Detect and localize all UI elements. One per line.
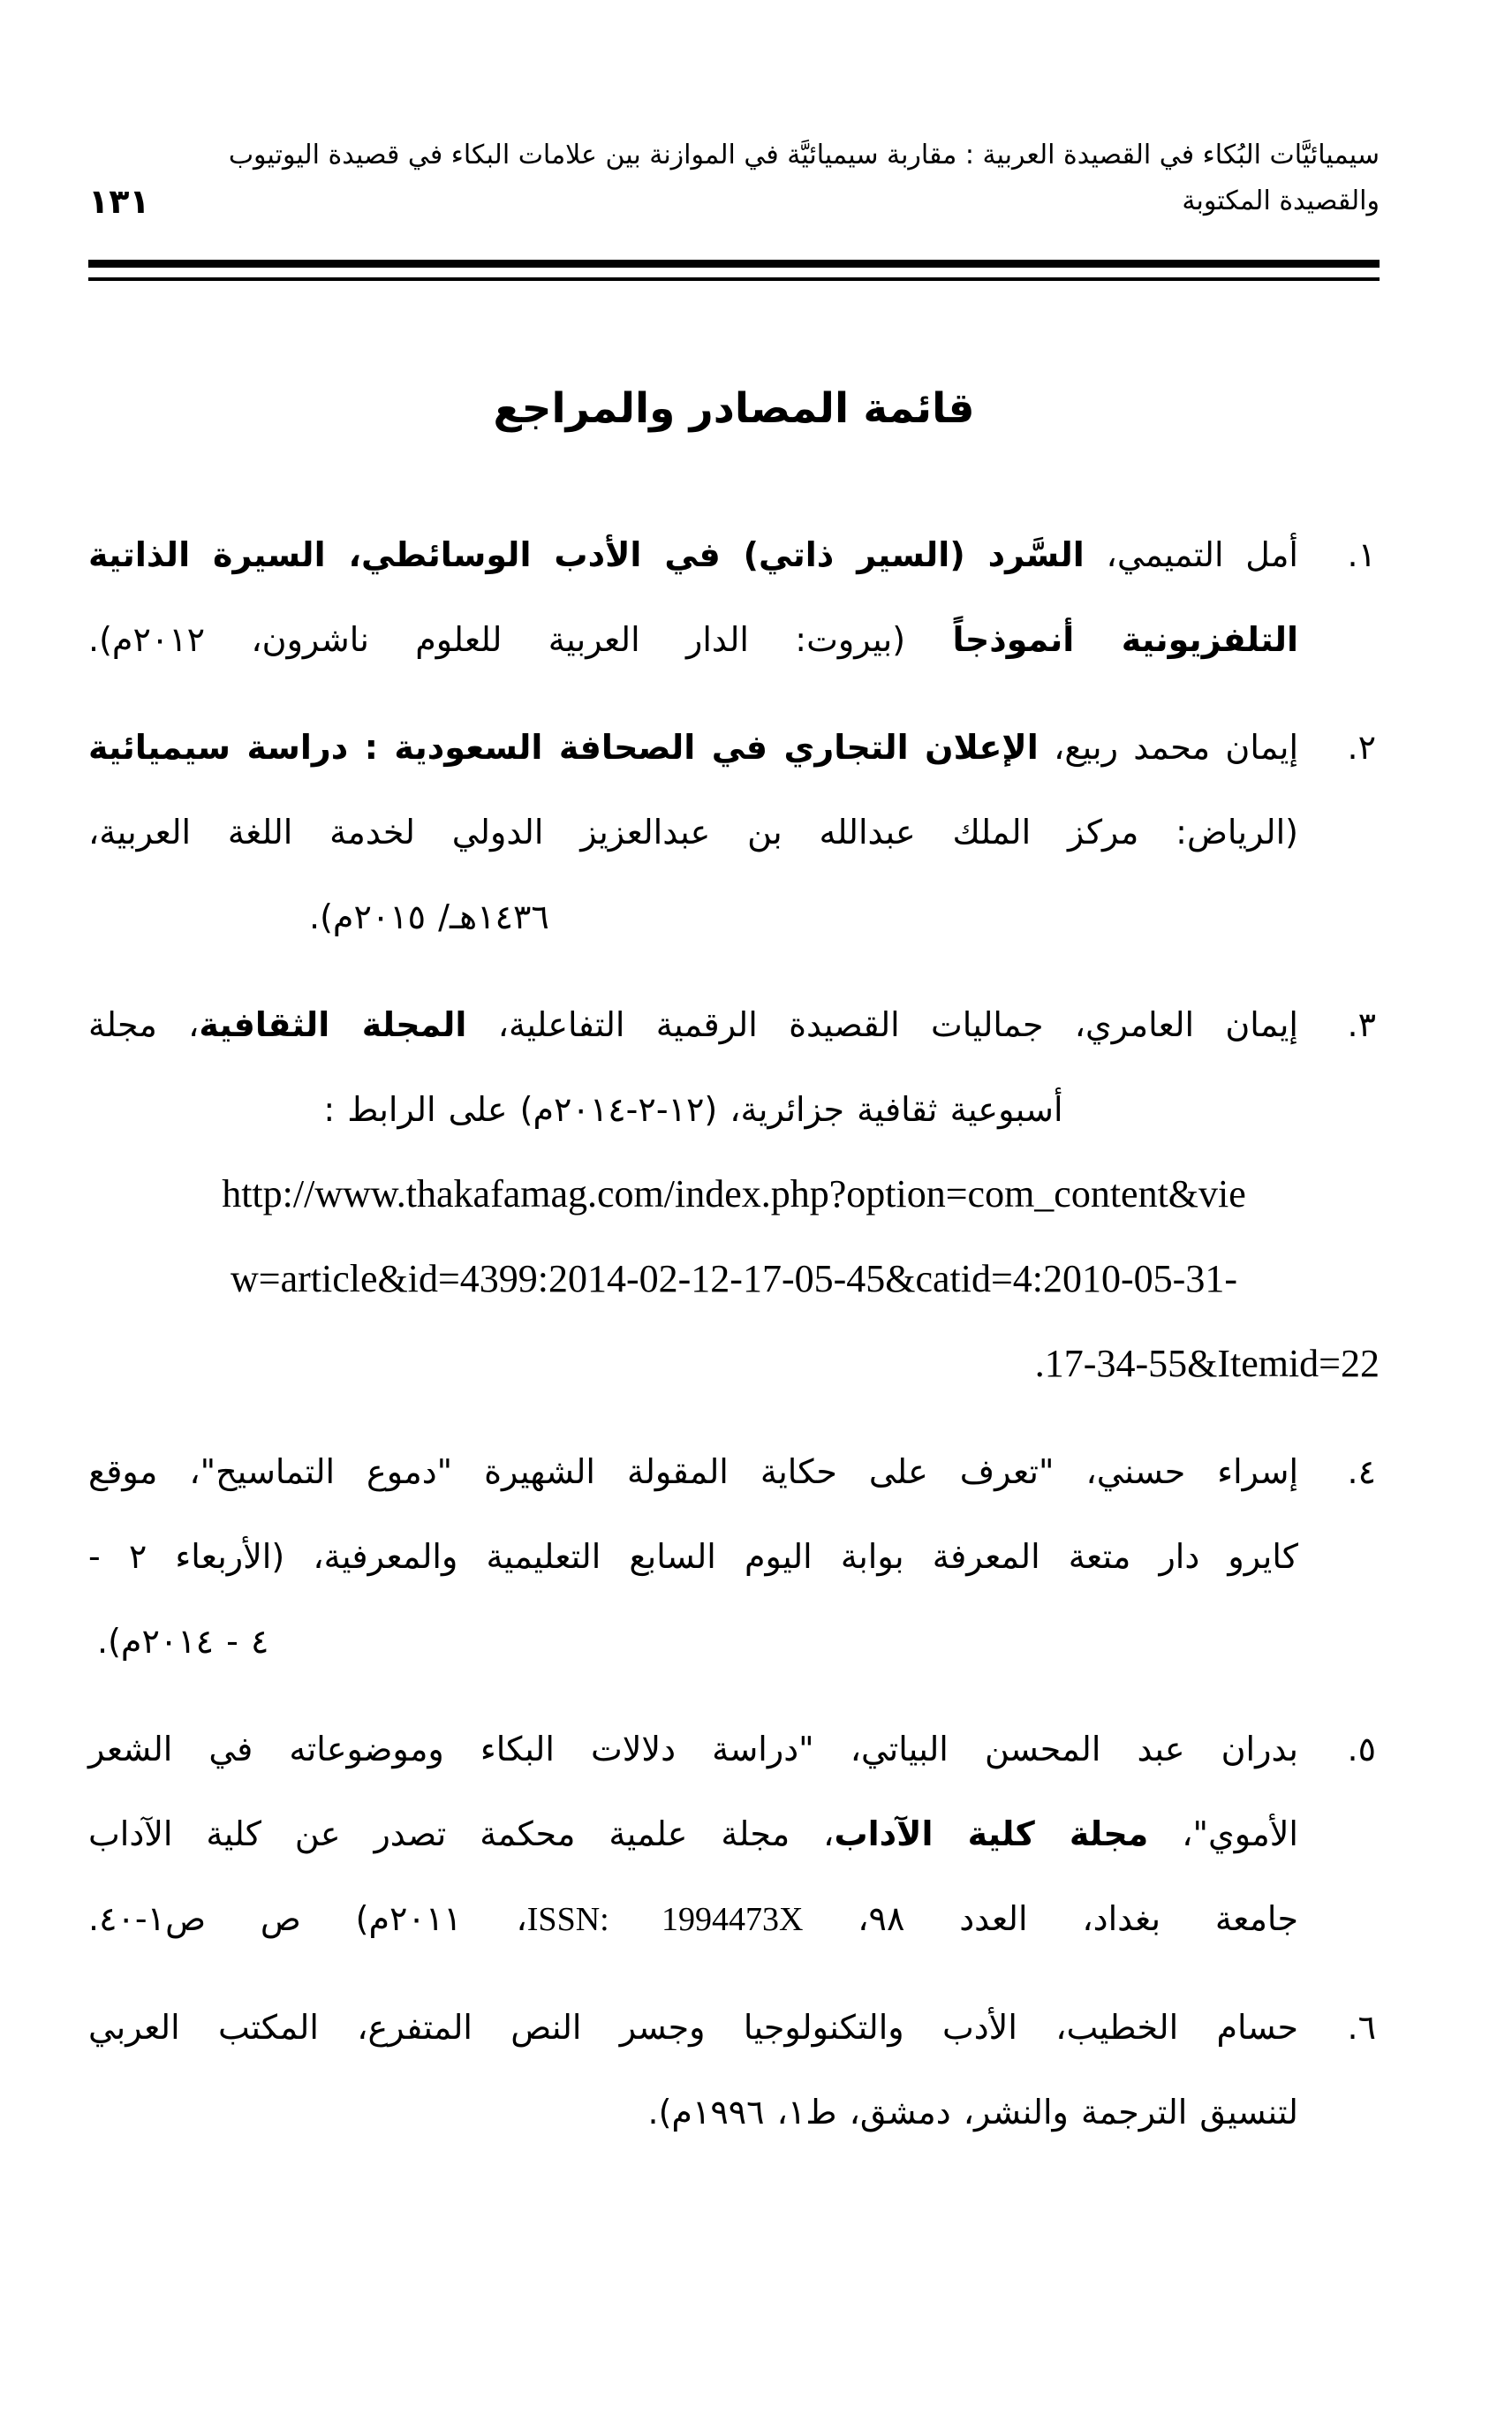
reference-number: ٥.: [1347, 1707, 1376, 1791]
reference-text: ، مجلة علمية محكمة تصدر عن كلية الآداب: [88, 1814, 834, 1853]
reference-work-title: السَّرد (السير ذاتي) في الأدب الوسائطي، …: [88, 535, 1085, 574]
reference-line: الأموي"، مجلة كلية الآداب، مجلة علمية مح…: [88, 1791, 1298, 1876]
reference-url-line: .17-34-55&Itemid=22: [88, 1322, 1380, 1406]
reference-text: (الرياض: مركز الملك عبدالله بن عبدالعزيز…: [88, 813, 1298, 852]
reference-item: ٦.حسام الخطيب، الأدب والتكنولوجيا وجسر ا…: [88, 1985, 1380, 2155]
reference-text: w=article&id=4399:2014-02-12-17-05-45&ca…: [231, 1257, 1237, 1300]
reference-text: ١٤٣٦هـ/ ٢٠١٥م).: [309, 897, 549, 936]
reference-line: أسبوعية ثقافية جزائرية، (١٢-٢-٢٠١٤م) على…: [88, 1067, 1298, 1152]
reference-item: ٣.إيمان العامري، جماليات القصيدة الرقمية…: [88, 982, 1380, 1406]
reference-text: حسام الخطيب، الأدب والتكنولوجيا وجسر الن…: [88, 2008, 1298, 2047]
reference-text: بدران عبد المحسن البياتي، "دراسة دلالات …: [88, 1730, 1298, 1768]
reference-line: بدران عبد المحسن البياتي، "دراسة دلالات …: [88, 1707, 1298, 1791]
reference-text: إسراء حسني، "تعرف على حكاية المقولة الشه…: [88, 1452, 1298, 1491]
reference-text: الأموي"،: [1148, 1814, 1298, 1853]
reference-work-title: التلفزيونية أنموذجاً: [905, 620, 1298, 659]
reference-text: أمل التميمي،: [1085, 535, 1298, 574]
scanned-book-page: سيميائيَّات البُكاء في القصيدة العربية :…: [0, 0, 1512, 2431]
reference-number: ٦.: [1347, 1985, 1376, 2070]
running-header-title: سيميائيَّات البُكاء في القصيدة العربية :…: [150, 133, 1380, 224]
reference-text: لتنسيق الترجمة والنشر، دمشق، ط١، ١٩٩٦م).: [648, 2093, 1299, 2132]
reference-work-title: مجلة كلية الآداب: [834, 1814, 1148, 1853]
header-rule-thin: [88, 277, 1380, 281]
reference-text: http://www.thakafamag.com/index.php?opti…: [222, 1172, 1246, 1215]
reference-number: ٣.: [1347, 982, 1376, 1067]
section-title: قائمة المصادر والمراجع: [88, 380, 1380, 438]
reference-number: ٤.: [1347, 1429, 1376, 1514]
reference-text: .17-34-55&Itemid=22: [1035, 1342, 1380, 1385]
reference-text: جامعة بغداد، العدد ٩٨،: [803, 1899, 1298, 1938]
reference-text: إيمان العامري، جماليات القصيدة الرقمية ا…: [466, 1005, 1298, 1044]
reference-number: ٢.: [1347, 705, 1376, 790]
reference-text: إيمان محمد ربيع،: [1039, 728, 1298, 767]
reference-text: ، ٢٠١١م) ص ص١-٤٠.: [88, 1899, 527, 1938]
reference-text: أسبوعية ثقافية جزائرية، (١٢-٢-٢٠١٤م) على…: [323, 1090, 1062, 1129]
header-rule-thick: [88, 260, 1380, 268]
page-number: ١٣١: [88, 178, 150, 224]
reference-url-line: http://www.thakafamag.com/index.php?opti…: [88, 1152, 1380, 1237]
reference-text: كايرو دار متعة المعرفة بوابة اليوم الساب…: [88, 1537, 1298, 1576]
reference-work-title: الإعلان التجاري في الصحافة السعودية : در…: [88, 728, 1039, 767]
reference-line: كايرو دار متعة المعرفة بوابة اليوم الساب…: [88, 1514, 1298, 1599]
reference-text: ، مجلة: [88, 1005, 199, 1044]
reference-line: حسام الخطيب، الأدب والتكنولوجيا وجسر الن…: [88, 1985, 1298, 2070]
reference-url-line: w=article&id=4399:2014-02-12-17-05-45&ca…: [88, 1237, 1380, 1322]
reference-number: ١.: [1347, 512, 1376, 597]
reference-item: ١.أمل التميمي، السَّرد (السير ذاتي) في ا…: [88, 512, 1380, 682]
reference-line: التلفزيونية أنموذجاً (بيروت: الدار العرب…: [88, 597, 1298, 682]
reference-line: لتنسيق الترجمة والنشر، دمشق، ط١، ١٩٩٦م).: [88, 2070, 1298, 2155]
reference-text: (بيروت: الدار العربية للعلوم ناشرون، ٢٠١…: [88, 620, 905, 659]
reference-line: إيمان العامري، جماليات القصيدة الرقمية ا…: [88, 982, 1298, 1067]
reference-item: ٢.إيمان محمد ربيع، الإعلان التجاري في ال…: [88, 705, 1380, 959]
reference-line: أمل التميمي، السَّرد (السير ذاتي) في الأ…: [88, 512, 1298, 597]
reference-line: ١٤٣٦هـ/ ٢٠١٥م).: [309, 875, 1298, 959]
reference-text: ISSN: 1994473X: [527, 1901, 804, 1938]
reference-line: (الرياض: مركز الملك عبدالله بن عبدالعزيز…: [88, 790, 1298, 875]
reference-line: إيمان محمد ربيع، الإعلان التجاري في الصح…: [88, 705, 1298, 790]
reference-line: ٤ - ٢٠١٤م).: [97, 1599, 1298, 1684]
reference-line: إسراء حسني، "تعرف على حكاية المقولة الشه…: [88, 1429, 1298, 1514]
reference-work-title: المجلة الثقافية: [199, 1005, 466, 1044]
page-content: سيميائيَّات البُكاء في القصيدة العربية :…: [88, 133, 1380, 2155]
running-header: سيميائيَّات البُكاء في القصيدة العربية :…: [88, 133, 1380, 224]
reference-text: ٤ - ٢٠١٤م).: [97, 1622, 268, 1661]
reference-item: ٤.إسراء حسني، "تعرف على حكاية المقولة ال…: [88, 1429, 1380, 1684]
reference-item: ٥.بدران عبد المحسن البياتي، "دراسة دلالا…: [88, 1707, 1380, 1962]
reference-line: جامعة بغداد، العدد ٩٨، ISSN: 1994473X، ٢…: [88, 1876, 1298, 1962]
references-list: ١.أمل التميمي، السَّرد (السير ذاتي) في ا…: [88, 512, 1380, 2155]
